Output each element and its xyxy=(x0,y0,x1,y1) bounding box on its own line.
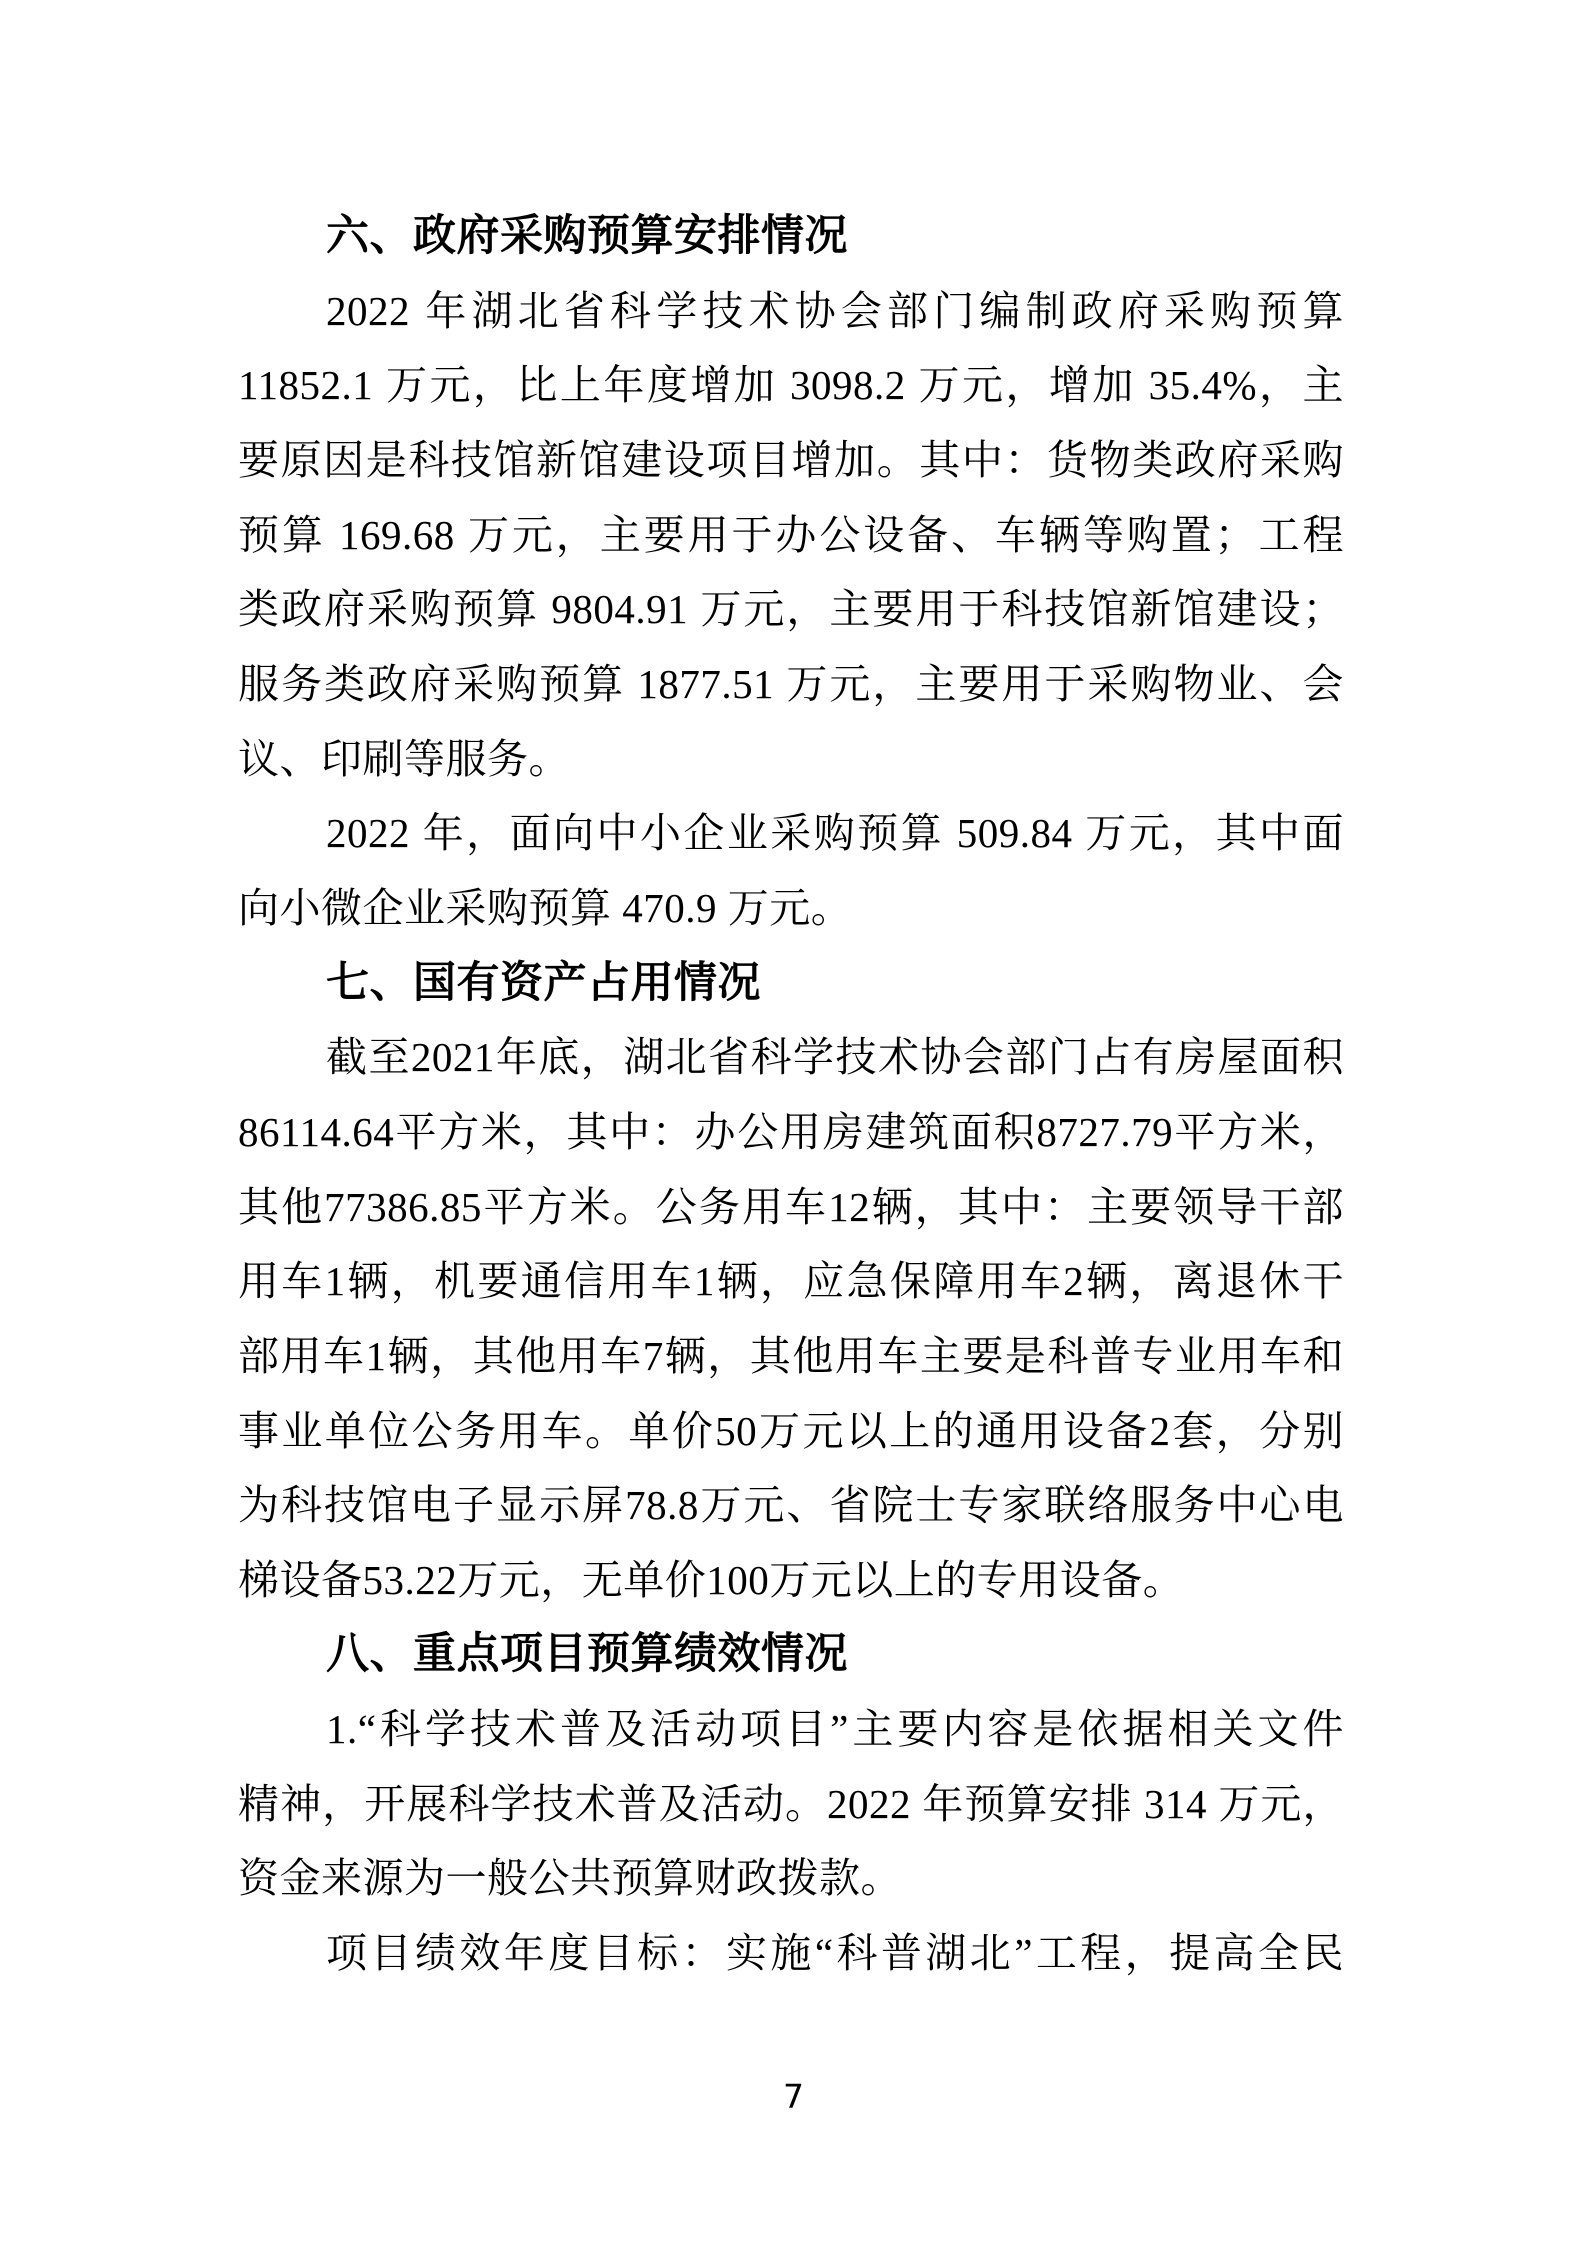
body-line: 要原因是科技馆新馆建设项目增加。其中：货物类政府采购 xyxy=(238,423,1344,498)
section-heading-8: 八、重点项目预算绩效情况 xyxy=(238,1617,1344,1692)
body-line: 事业单位公务用车。单价50万元以上的通用设备2套，分别 xyxy=(238,1394,1344,1469)
section-heading-7: 七、国有资产占用情况 xyxy=(238,946,1344,1021)
body-line: 用车1辆，机要通信用车1辆，应急保障用车2辆，离退休干 xyxy=(238,1244,1344,1319)
body-line: 类政府采购预算 9804.91 万元，主要用于科技馆新馆建设； xyxy=(238,572,1344,647)
body-line: 11852.1 万元，比上年度增加 3098.2 万元，增加 35.4%，主 xyxy=(238,348,1344,423)
body-line: 资金来源为一般公共预算财政拨款。 xyxy=(238,1841,1344,1916)
body-line: 86114.64平方米，其中：办公用房建筑面积8727.79平方米， xyxy=(238,1095,1344,1170)
body-line: 2022 年湖北省科学技术协会部门编制政府采购预算 xyxy=(238,274,1344,349)
body-line: 1.“科学技术普及活动项目”主要内容是依据相关文件 xyxy=(238,1692,1344,1767)
body-line: 项目绩效年度目标：实施“科普湖北”工程，提高全民 xyxy=(238,1916,1344,1991)
body-line: 2022 年，面向中小企业采购预算 509.84 万元，其中面 xyxy=(238,796,1344,871)
text-block: 六、政府采购预算安排情况 2022 年湖北省科学技术协会部门编制政府采购预算 1… xyxy=(238,199,1344,1991)
body-line: 议、印刷等服务。 xyxy=(238,722,1344,797)
body-line: 部用车1辆，其他用车7辆，其他用车主要是科普专业用车和 xyxy=(238,1319,1344,1394)
body-line: 其他77386.85平方米。公务用车12辆，其中：主要领导干部 xyxy=(238,1170,1344,1245)
body-line: 服务类政府采购预算 1877.51 万元，主要用于采购物业、会 xyxy=(238,647,1344,722)
section-heading-6: 六、政府采购预算安排情况 xyxy=(238,199,1344,274)
document-page: 六、政府采购预算安排情况 2022 年湖北省科学技术协会部门编制政府采购预算 1… xyxy=(0,0,1587,2245)
body-line: 向小微企业采购预算 470.9 万元。 xyxy=(238,871,1344,946)
page-number: 7 xyxy=(0,2072,1587,2122)
body-line: 精神，开展科学技术普及活动。2022 年预算安排 314 万元， xyxy=(238,1767,1344,1842)
body-line: 截至2021年底，湖北省科学技术协会部门占有房屋面积 xyxy=(238,1020,1344,1095)
body-line: 梯设备53.22万元，无单价100万元以上的专用设备。 xyxy=(238,1543,1344,1618)
body-line: 预算 169.68 万元，主要用于办公设备、车辆等购置；工程 xyxy=(238,498,1344,573)
body-line: 为科技馆电子显示屏78.8万元、省院士专家联络服务中心电 xyxy=(238,1468,1344,1543)
